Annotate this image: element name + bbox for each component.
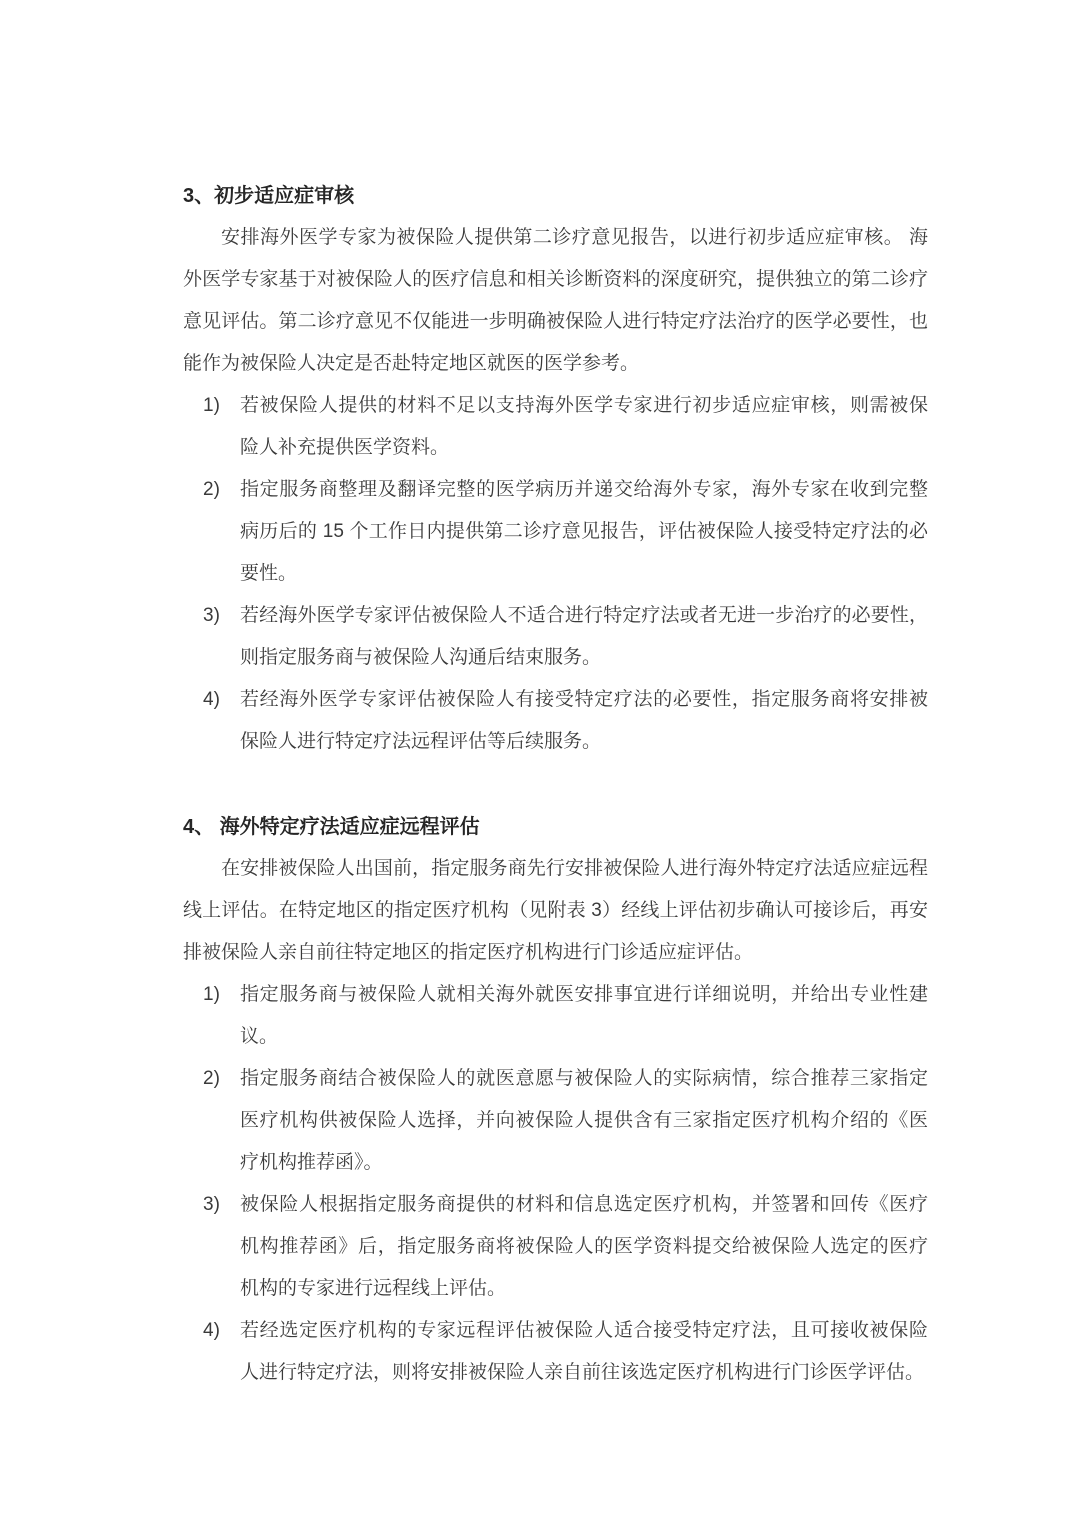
section-3-list-item-line: 保险人进行特定疗法远程评估等后续服务。 [240, 721, 928, 763]
section-4-list-item: 4)若经选定医疗机构的专家远程评估被保险人适合接受特定疗法，且可接收被保险人进行… [183, 1310, 928, 1394]
section-3-paragraph-line: 安排海外医学专家为被保险人提供第二诊疗意见报告，以进行初步适应症审核。 海 [183, 217, 928, 259]
section-4-list-item: 2)指定服务商结合被保险人的就医意愿与被保险人的实际病情，综合推荐三家指定医疗机… [183, 1058, 928, 1184]
section-3-paragraph-line: 意见评估。第二诊疗意见不仅能进一步明确被保险人进行特定疗法治疗的医学必要性，也 [183, 301, 928, 343]
document-page: 3、初步适应症审核 安排海外医学专家为被保险人提供第二诊疗意见报告，以进行初步适… [0, 0, 1080, 1527]
list-item-number: 4) [203, 1310, 220, 1352]
section-4-item-list: 1)指定服务商与被保险人就相关海外就医安排事宜进行详细说明，并给出专业性建议。2… [183, 974, 928, 1394]
section-3-list-item-line: 若经海外医学专家评估被保险人有接受特定疗法的必要性，指定服务商将安排被 [240, 679, 928, 721]
section-4-list-item-line: 议。 [240, 1016, 928, 1058]
section-3-paragraph-line: 能作为被保险人决定是否赴特定地区就医的医学参考。 [183, 343, 928, 385]
section-4-list-item: 3)被保险人根据指定服务商提供的材料和信息选定医疗机构，并签署和回传《医疗机构推… [183, 1184, 928, 1310]
section-4-paragraph-line: 线上评估。在特定地区的指定医疗机构（见附表 3）经线上评估初步确认可接诊后，再安 [183, 890, 928, 932]
section-4-list-item-line: 指定服务商结合被保险人的就医意愿与被保险人的实际病情，综合推荐三家指定 [240, 1058, 928, 1100]
section-4-paragraph-line: 排被保险人亲自前往特定地区的指定医疗机构进行门诊适应症评估。 [183, 932, 928, 974]
section-4-list-item-line: 疗机构推荐函》。 [240, 1142, 928, 1184]
section-3-paragraph: 安排海外医学专家为被保险人提供第二诊疗意见报告，以进行初步适应症审核。 海外医学… [183, 217, 928, 385]
section-3-list-item: 3)若经海外医学专家评估被保险人不适合进行特定疗法或者无进一步治疗的必要性，则指… [183, 595, 928, 679]
section-3-paragraph-line: 外医学专家基于对被保险人的医疗信息和相关诊断资料的深度研究，提供独立的第二诊疗 [183, 259, 928, 301]
section-4-list-item: 1)指定服务商与被保险人就相关海外就医安排事宜进行详细说明，并给出专业性建议。 [183, 974, 928, 1058]
section-3-list-item: 2)指定服务商整理及翻译完整的医学病历并递交给海外专家，海外专家在收到完整病历后… [183, 469, 928, 595]
section-4-list-item-line: 若经选定医疗机构的专家远程评估被保险人适合接受特定疗法，且可接收被保险 [240, 1310, 928, 1352]
section-3-list-item: 1)若被保险人提供的材料不足以支持海外医学专家进行初步适应症审核，则需被保险人补… [183, 385, 928, 469]
list-item-number: 2) [203, 469, 220, 511]
section-3-list-item: 4)若经海外医学专家评估被保险人有接受特定疗法的必要性，指定服务商将安排被保险人… [183, 679, 928, 763]
section-4-paragraph: 在安排被保险人出国前，指定服务商先行安排被保险人进行海外特定疗法适应症远程线上评… [183, 848, 928, 974]
section-4-list-item-line: 人进行特定疗法，则将安排被保险人亲自前往该选定医疗机构进行门诊医学评估。 [240, 1352, 928, 1394]
section-4-paragraph-line: 在安排被保险人出国前，指定服务商先行安排被保险人进行海外特定疗法适应症远程 [183, 848, 928, 890]
section-preliminary-indication-review: 3、初步适应症审核 安排海外医学专家为被保险人提供第二诊疗意见报告，以进行初步适… [183, 175, 928, 763]
section-3-heading: 3、初步适应症审核 [183, 175, 928, 217]
section-3-list-item-line: 则指定服务商与被保险人沟通后结束服务。 [240, 637, 928, 679]
section-4-list-item-line: 机构推荐函》后，指定服务商将被保险人的医学资料提交给被保险人选定的医疗 [240, 1226, 928, 1268]
section-4-heading: 4、 海外特定疗法适应症远程评估 [183, 806, 928, 848]
list-item-number: 1) [203, 385, 220, 427]
section-4-list-item-line: 机构的专家进行远程线上评估。 [240, 1268, 928, 1310]
list-item-number: 3) [203, 1184, 220, 1226]
section-3-list-item-line: 指定服务商整理及翻译完整的医学病历并递交给海外专家，海外专家在收到完整 [240, 469, 928, 511]
section-3-list-item-line: 若经海外医学专家评估被保险人不适合进行特定疗法或者无进一步治疗的必要性， [240, 595, 928, 637]
section-3-list-item-line: 要性。 [240, 553, 928, 595]
list-item-number: 2) [203, 1058, 220, 1100]
list-item-number: 4) [203, 679, 220, 721]
section-4-list-item-line: 医疗机构供被保险人选择，并向被保险人提供含有三家指定医疗机构介绍的《医 [240, 1100, 928, 1142]
section-overseas-remote-evaluation: 4、 海外特定疗法适应症远程评估 在安排被保险人出国前，指定服务商先行安排被保险… [183, 806, 928, 1394]
section-3-list-item-line: 若被保险人提供的材料不足以支持海外医学专家进行初步适应症审核，则需被保 [240, 385, 928, 427]
section-4-list-item-line: 被保险人根据指定服务商提供的材料和信息选定医疗机构，并签署和回传《医疗 [240, 1184, 928, 1226]
list-item-number: 3) [203, 595, 220, 637]
section-3-list-item-line: 险人补充提供医学资料。 [240, 427, 928, 469]
section-3-item-list: 1)若被保险人提供的材料不足以支持海外医学专家进行初步适应症审核，则需被保险人补… [183, 385, 928, 763]
list-item-number: 1) [203, 974, 220, 1016]
section-4-list-item-line: 指定服务商与被保险人就相关海外就医安排事宜进行详细说明，并给出专业性建 [240, 974, 928, 1016]
section-3-list-item-line: 病历后的 15 个工作日内提供第二诊疗意见报告，评估被保险人接受特定疗法的必 [240, 511, 928, 553]
